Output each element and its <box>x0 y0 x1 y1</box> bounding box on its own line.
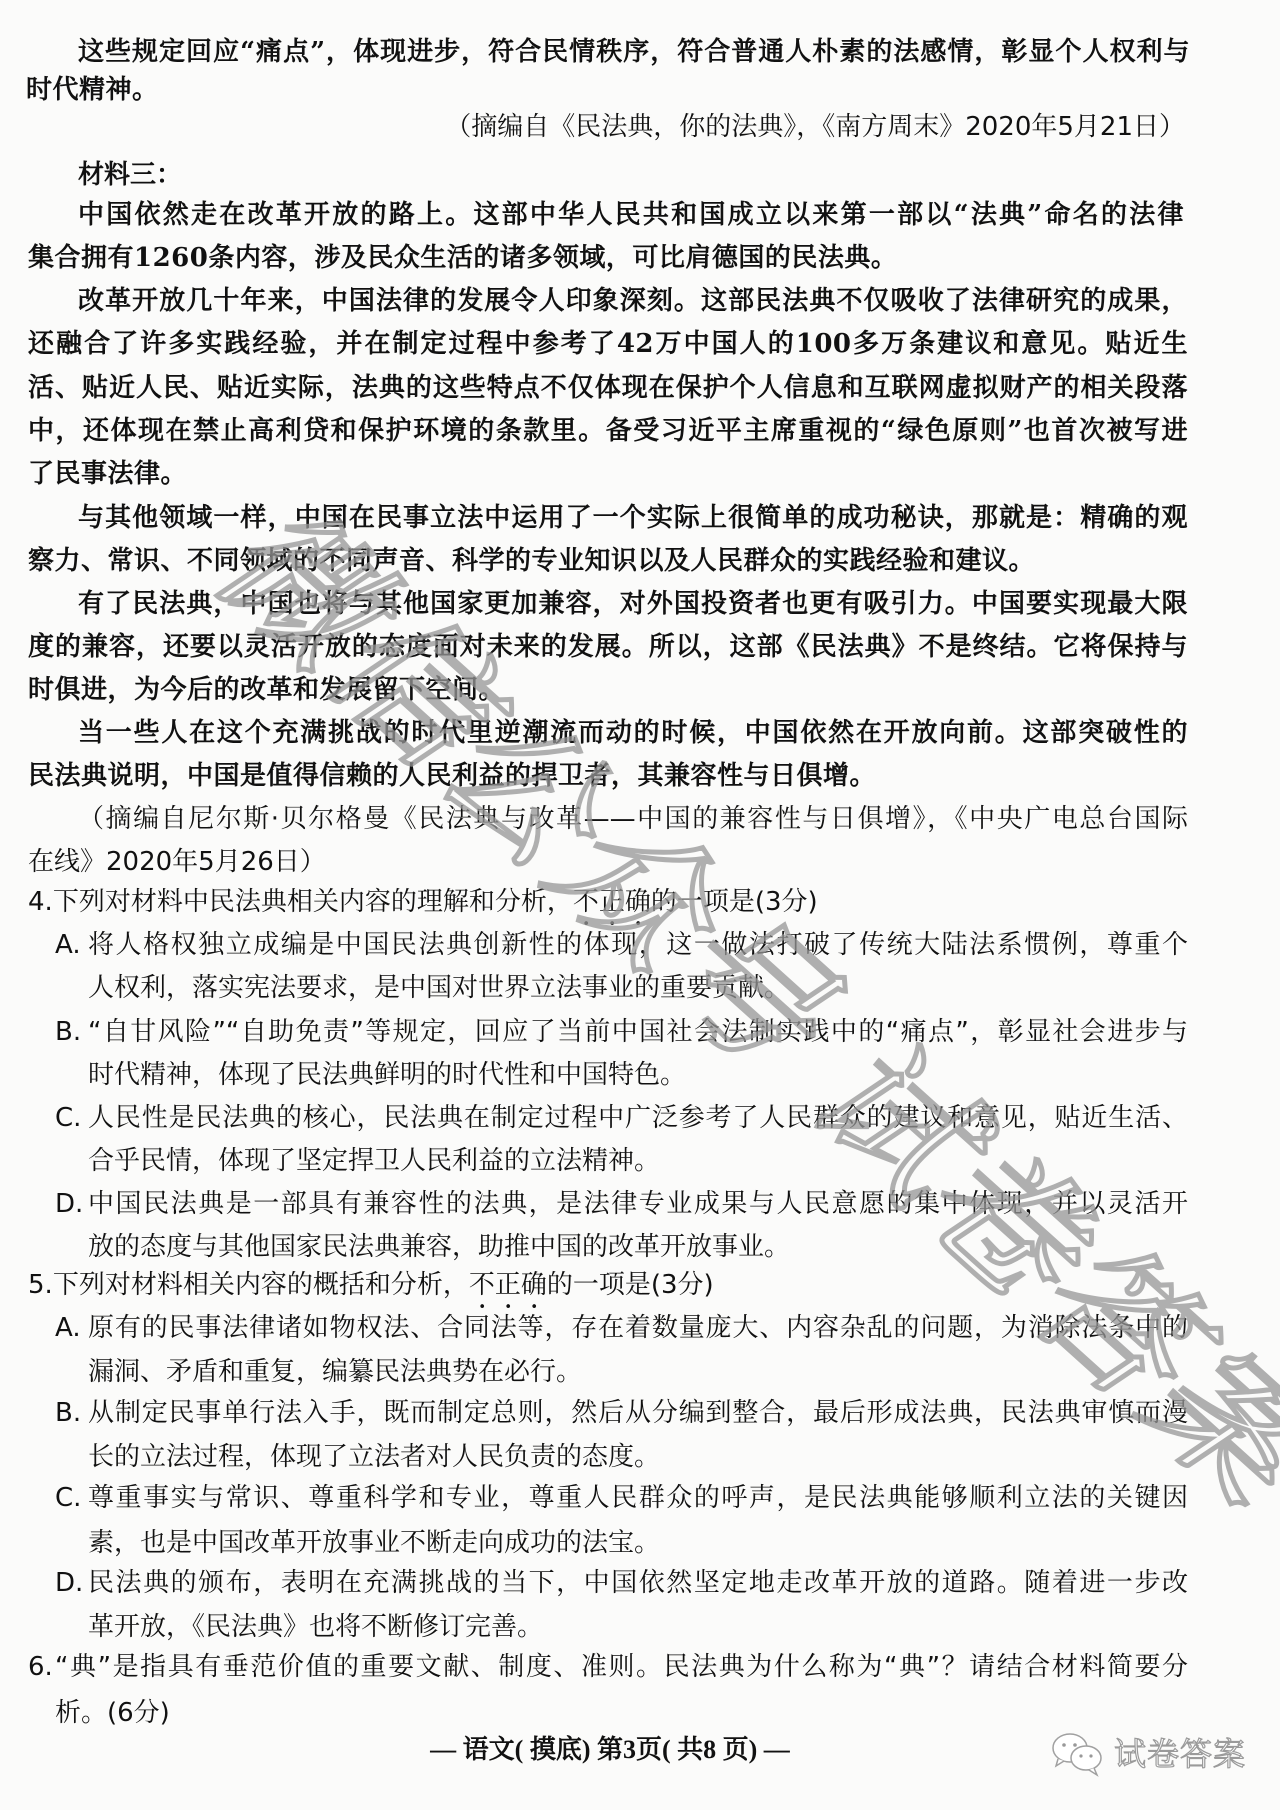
option-text: 中国民法典是一部具有兼容性的法典，是法律专业成果与人民意愿的集中体现，并以灵活开 <box>88 1188 1188 1220</box>
option-continuation: 时代精神，体现了民法典鲜明的时代性和中国特色。 <box>88 1059 686 1091</box>
question-number: 6. <box>28 1651 53 1683</box>
option-a[interactable]: A. 将人格权独立成编是中国民法典创新性的体现，这一做法打破了传统大陆法系惯例，… <box>55 929 1188 961</box>
option-text: 将人格权独立成编是中国民法典创新性的体现，这一做法打破了传统大陆法系惯例，尊重个 <box>88 929 1188 961</box>
source-citation: （摘编自《民法典，你的法典》，《南方周末》2020年5月21日） <box>440 111 1185 143</box>
question-stem-text: “典”是指具有垂范价值的重要文献、制度、准则。民法典为什么称为“典”？请结合材料… <box>55 1651 1188 1683</box>
paragraph-line: 了民事法律。 <box>28 458 187 490</box>
question-stem-text: 的一项是(3分) <box>547 1270 714 1300</box>
source-citation: 在线》2020年5月26日） <box>28 846 326 878</box>
question-5-stem: 5.下列对材料相关内容的概括和分析，不正确的一项是(3分) <box>28 1269 714 1301</box>
emphasized-text: 不正确 <box>469 1270 547 1300</box>
paragraph-line: 察力、常识、不同领域的不同声音、科学的专业知识以及人民群众的实践经验和建议。 <box>28 545 1035 577</box>
paragraph-line: 时俱进，为今后的改革和发展留下空间。 <box>28 674 505 706</box>
option-continuation: 革开放，《民法典》也将不断修订完善。 <box>88 1611 543 1643</box>
option-label: C. <box>55 1102 81 1134</box>
option-continuation: 长的立法过程，体现了立法者对人民负责的态度。 <box>88 1441 660 1473</box>
option-continuation: 放的态度与其他国家民法典兼容，助推中国的改革开放事业。 <box>88 1231 790 1263</box>
option-continuation: 人权利，落实宪法要求，是中国对世界立法事业的重要贡献。 <box>88 972 790 1004</box>
option-c[interactable]: C. 尊重事实与常识、尊重科学和专业，尊重人民群众的呼声，是民法典能够顺利立法的… <box>55 1482 1188 1514</box>
logo-text: 试卷答案 <box>1114 1734 1246 1774</box>
page-footer: — 语文( 摸底) 第3页( 共8 页) — <box>380 1734 840 1766</box>
option-continuation: 素，也是中国改革开放事业不断走向成功的法宝。 <box>88 1527 660 1559</box>
option-text: 尊重事实与常识、尊重科学和专业，尊重人民群众的呼声，是民法典能够顺利立法的关键因 <box>88 1482 1188 1514</box>
emphasized-text: 不正确 <box>573 887 651 917</box>
question-4-stem: 4.下列对材料中民法典相关内容的理解和分析，不正确的一项是(3分) <box>28 886 818 918</box>
paragraph-line: 活、贴近人民、贴近实际，法典的这些特点不仅体现在保护个人信息和互联网虚拟财产的相… <box>28 372 1188 404</box>
exam-page: 这些规定回应“痛点”，体现进步，符合民情秩序，符合普通人朴素的法感情，彰显个人权… <box>0 0 1280 1810</box>
question-stem-text: 的一项是(3分) <box>651 887 818 917</box>
option-text: 民法典的颁布，表明在充满挑战的当下，中国依然坚定地走改革开放的道路。随着进一步改 <box>88 1567 1188 1599</box>
option-continuation: 合乎民情，体现了坚定捍卫人民利益的立法精神。 <box>88 1145 660 1177</box>
source-citation: （摘编自尼尔斯·贝尔格曼《民法典与改革——中国的兼容性与日俱增》，《中央广电总台… <box>78 803 1188 835</box>
option-c[interactable]: C. 人民性是民法典的核心，民法典在制定过程中广泛参考了人民群众的建议和意见，贴… <box>55 1102 1188 1134</box>
paragraph-line: 中国依然走在改革开放的路上。这部中华人民共和国成立以来第一部以“法典”命名的法律 <box>78 199 1184 231</box>
paragraph-line: 集合拥有1260条内容，涉及民众生活的诸多领域，可比肩德国的民法典。 <box>28 242 897 274</box>
paragraph-line: 度的兼容，还要以灵活开放的态度面对未来的发展。所以，这部《民法典》不是终结。它将… <box>28 631 1188 663</box>
option-label: C. <box>55 1482 81 1514</box>
wechat-logo-badge: 试卷答案 <box>1050 1730 1250 1780</box>
option-text: “自甘风险”“自助免责”等规定，回应了当前中国社会法制实践中的“痛点”，彰显社会… <box>88 1016 1188 1048</box>
option-label: D. <box>55 1188 83 1220</box>
option-label: B. <box>55 1397 81 1429</box>
paragraph-line: 与其他领域一样，中国在民事立法中运用了一个实际上很简单的成功秘诀，那就是：精确的… <box>78 502 1188 534</box>
option-b[interactable]: B. “自甘风险”“自助免责”等规定，回应了当前中国社会法制实践中的“痛点”，彰… <box>55 1016 1188 1048</box>
paragraph-line: 有了民法典，中国也将与其他国家更加兼容，对外国投资者也更有吸引力。中国要实现最大… <box>78 588 1188 620</box>
option-text: 人民性是民法典的核心，民法典在制定过程中广泛参考了人民群众的建议和意见，贴近生活… <box>88 1102 1188 1134</box>
paragraph-line: 还融合了许多实践经验，并在制定过程中参考了42万中国人的100多万条建议和意见。… <box>28 328 1188 360</box>
option-text: 从制定民事单行法入手，既而制定总则，然后从分编到整合，最后形成法典，民法典审慎而… <box>88 1397 1188 1429</box>
paragraph-line: 民法典说明，中国是值得信赖的人民利益的捍卫者，其兼容性与日俱增。 <box>28 760 876 792</box>
option-label: D. <box>55 1567 83 1599</box>
paragraph-line: 中，还体现在禁止高利贷和保护环境的条款里。备受习近平主席重视的“绿色原则”也首次… <box>28 415 1188 447</box>
option-label: B. <box>55 1016 81 1048</box>
wechat-icon <box>1050 1730 1106 1778</box>
option-d[interactable]: D. 民法典的颁布，表明在充满挑战的当下，中国依然坚定地走改革开放的道路。随着进… <box>55 1567 1188 1599</box>
question-stem-text: 下列对材料相关内容的概括和分析， <box>53 1270 469 1300</box>
question-6-continuation: 析。(6分) <box>55 1697 170 1729</box>
option-b[interactable]: B. 从制定民事单行法入手，既而制定总则，然后从分编到整合，最后形成法典，民法典… <box>55 1397 1188 1429</box>
option-label: A. <box>55 1312 81 1344</box>
option-label: A. <box>55 929 81 961</box>
paragraph-line: 当一些人在这个充满挑战的时代里逆潮流而动的时候，中国依然在开放向前。这部突破性的 <box>78 717 1188 749</box>
question-6-stem: 6. “典”是指具有垂范价值的重要文献、制度、准则。民法典为什么称为“典”？请结… <box>28 1651 1188 1683</box>
paragraph-line: 时代精神。 <box>26 74 159 106</box>
section-heading: 材料三： <box>78 159 182 191</box>
option-a[interactable]: A. 原有的民事法律诸如物权法、合同法等，存在着数量庞大、内容杂乱的问题，为消除… <box>55 1312 1188 1344</box>
paragraph-line: 这些规定回应“痛点”，体现进步，符合民情秩序，符合普通人朴素的法感情，彰显个人权… <box>78 36 1190 68</box>
option-d[interactable]: D. 中国民法典是一部具有兼容性的法典，是法律专业成果与人民意愿的集中体现，并以… <box>55 1188 1188 1220</box>
option-continuation: 漏洞、矛盾和重复，编纂民法典势在必行。 <box>88 1356 582 1388</box>
question-number: 5. <box>28 1270 53 1300</box>
paragraph-line: 改革开放几十年来，中国法律的发展令人印象深刻。这部民法典不仅吸收了法律研究的成果… <box>78 285 1188 317</box>
option-text: 原有的民事法律诸如物权法、合同法等，存在着数量庞大、内容杂乱的问题，为消除法条中… <box>88 1312 1188 1344</box>
question-number: 4. <box>28 887 53 917</box>
question-stem-text: 下列对材料中民法典相关内容的理解和分析， <box>53 887 573 917</box>
